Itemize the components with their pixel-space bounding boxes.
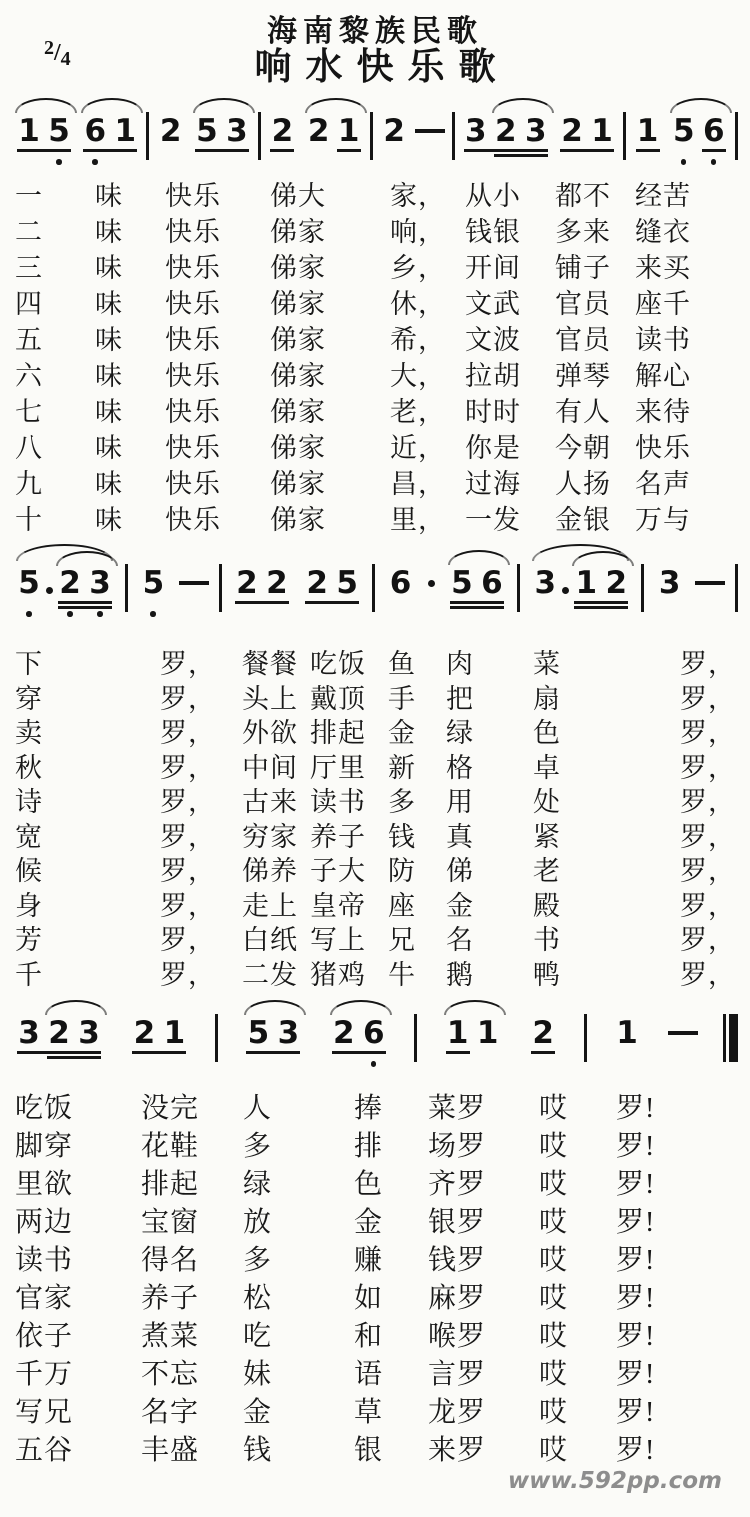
lyric-cell: 鱼 <box>388 642 446 681</box>
lyric-cell: 官员 <box>555 282 635 321</box>
lyric-cell: 穷家 <box>242 815 310 854</box>
beam <box>83 149 137 152</box>
lyric-cell: 鸭 <box>533 953 680 992</box>
lyric-cell: 罗， <box>680 884 750 923</box>
lyric-cell: 外欲 <box>242 711 310 750</box>
beam <box>47 1056 101 1059</box>
lyric-cell: 哎 <box>539 1276 616 1316</box>
lyric-cell: 钱银 <box>465 210 555 249</box>
lyric-cell: 金 <box>446 884 533 923</box>
final-barline-thin <box>723 1014 726 1062</box>
lyric-cell: 老 <box>533 849 680 888</box>
lyric-cell: 快乐 <box>165 282 270 321</box>
lyric-cell: 候 <box>15 849 160 888</box>
beam <box>531 1051 555 1054</box>
note-group: 2 <box>156 94 186 174</box>
lyric-cell: 钱罗 <box>428 1238 539 1278</box>
note-slot: 5 <box>138 566 168 600</box>
lyric-row: 候罗，俤养子大防俤老罗， <box>15 849 750 884</box>
lyric-cell: 味 <box>95 174 165 213</box>
note-digit: 2 <box>495 114 517 148</box>
lyric-cell: 快乐 <box>165 210 270 249</box>
slur <box>81 98 143 113</box>
lyric-row: 读书得名多赚钱罗哎罗! <box>15 1238 750 1276</box>
note-group: 56 <box>447 546 507 626</box>
lyric-cell: 人 <box>243 1086 354 1126</box>
note-slot: 1 <box>14 114 44 148</box>
lyric-cell: 吃饭 <box>15 1086 141 1126</box>
note-digit: 2 <box>561 114 583 148</box>
lyric-cell: 防 <box>388 849 446 888</box>
lyric-cell: 喉罗 <box>428 1314 539 1354</box>
note-digit: 2 <box>236 566 258 600</box>
lyric-cell: 哎 <box>539 1238 616 1278</box>
lyric-cell: 官员 <box>555 318 635 357</box>
note-slot: 1 <box>587 114 617 148</box>
note-digit: 5 <box>143 566 165 600</box>
lyric-cell: 罗! <box>616 1276 750 1316</box>
note-digit: 3 <box>18 1016 40 1050</box>
note-digit: 1 <box>338 114 360 148</box>
lyric-cell: 读书 <box>635 318 750 357</box>
lyric-cell: 一 <box>15 174 95 213</box>
lyric-row: 穿罗，头上戴顶手把扇罗， <box>15 677 750 712</box>
note-group: 53 <box>192 94 252 174</box>
note-slot: 5 <box>243 1016 273 1050</box>
lyric-cell: 过海 <box>465 462 555 501</box>
note-digit: 1 <box>164 1016 186 1050</box>
lyric-cell: 哎 <box>539 1086 616 1126</box>
lyric-cell: 官家 <box>15 1276 141 1316</box>
lyric-cell: 二发 <box>242 953 310 992</box>
lyric-cell: 今朝 <box>555 426 635 465</box>
phrase-slur <box>532 544 629 561</box>
lyric-cell: 罗， <box>680 918 750 957</box>
lyric-cell: 罗， <box>680 677 750 716</box>
lyric-cell: 白纸 <box>242 918 310 957</box>
lyric-cell: 牛 <box>388 953 446 992</box>
lyric-cell: 排起 <box>310 711 388 750</box>
lyric-cell: 味 <box>95 426 165 465</box>
lyric-cell: 银 <box>354 1428 428 1468</box>
beam <box>305 601 359 604</box>
lyric-cell: 罗! <box>616 1428 750 1468</box>
time-signature: 2/4 <box>44 40 71 67</box>
lyric-cell: 银罗 <box>428 1200 539 1240</box>
note-slot: 1 <box>334 114 364 148</box>
note-slot: 2 <box>329 1016 359 1050</box>
note-slot: 2 <box>528 1016 558 1050</box>
slur <box>15 98 77 113</box>
lyric-cell: 哎 <box>539 1390 616 1430</box>
lyric-cell: 龙罗 <box>428 1390 539 1430</box>
note-digit: 5 <box>673 114 695 148</box>
lyric-cell: 扇 <box>533 677 680 716</box>
slur <box>492 98 554 113</box>
music-line-1: 1561253221232321156 <box>0 94 750 180</box>
note-digit: 6 <box>481 566 503 600</box>
lyric-cell: 哎 <box>539 1200 616 1240</box>
note-slot: 5 <box>669 114 699 148</box>
lyric-cell: 哎 <box>539 1428 616 1468</box>
lyric-cell: 俤养 <box>242 849 310 888</box>
lyric-cell: 穿 <box>15 677 160 716</box>
barline <box>372 564 375 612</box>
lyric-cell: 多来 <box>555 210 635 249</box>
duration-dash <box>668 1031 698 1035</box>
octave-low-dot <box>371 1061 377 1067</box>
octave-low-dot <box>67 611 73 617</box>
lyric-cell: 味 <box>95 282 165 321</box>
slur <box>193 98 255 113</box>
slur <box>244 1000 306 1015</box>
lyric-row: 三味快乐俤家乡，开间铺子来买 <box>15 246 750 282</box>
lyric-cell: 罗， <box>160 815 242 854</box>
note-digit: 3 <box>226 114 248 148</box>
lyric-cell: 钱 <box>243 1428 354 1468</box>
note-digit: 3 <box>659 566 681 600</box>
lyric-cell: 菜 <box>533 642 680 681</box>
lyric-cell: 罗， <box>680 642 750 681</box>
lyric-cell: 俤家 <box>270 246 390 285</box>
note-slot: 3 <box>85 566 115 600</box>
lyric-cell: 味 <box>95 318 165 357</box>
lyric-cell: 场罗 <box>428 1124 539 1164</box>
lyric-cell: 九 <box>15 462 95 501</box>
beam <box>195 149 249 152</box>
lyric-cell: 书 <box>533 918 680 957</box>
lyric-cell: 言罗 <box>428 1352 539 1392</box>
beam <box>58 606 112 609</box>
note-group: 22 <box>232 546 292 626</box>
lyric-cell: 罗， <box>160 780 242 819</box>
phrase-slur <box>16 544 113 561</box>
lyric-cell: 味 <box>95 462 165 501</box>
lyric-row: 官家养子松如麻罗哎罗! <box>15 1276 750 1314</box>
note-digit: 5 <box>18 566 40 600</box>
note-digit: 5 <box>48 114 70 148</box>
lyric-cell: 千万 <box>15 1352 141 1392</box>
slur <box>330 1000 392 1015</box>
lyric-cell: 兄 <box>388 918 446 957</box>
lyric-cell: 真 <box>446 815 533 854</box>
lyric-row: 卖罗，外欲排起金绿色罗， <box>15 711 750 746</box>
beam <box>636 149 660 152</box>
note-digit: 1 <box>616 1016 638 1050</box>
lyric-cell: 皇帝 <box>310 884 388 923</box>
lyric-cell: 罗， <box>680 815 750 854</box>
lyric-cell: 文武 <box>465 282 555 321</box>
note-digit: 5 <box>248 1016 270 1050</box>
lyric-cell: 罗! <box>616 1314 750 1354</box>
lyric-cell: 快乐 <box>165 426 270 465</box>
lyric-cell: 来买 <box>635 246 750 285</box>
beam <box>494 154 548 157</box>
lyric-cell: 和 <box>354 1314 428 1354</box>
lyric-cell: 菜罗 <box>428 1086 539 1126</box>
note-slot: 1 <box>473 1016 503 1050</box>
octave-low-dot <box>26 611 32 617</box>
note-slot: 3 <box>74 1016 104 1050</box>
lyric-cell: 草 <box>354 1390 428 1430</box>
lyric-cell: 罗! <box>616 1124 750 1164</box>
note-slot: 2 <box>267 114 297 148</box>
note-slot: 3 <box>521 114 551 148</box>
note-slot: 1 <box>159 1016 189 1050</box>
lyric-cell: 绿 <box>243 1162 354 1202</box>
lyric-cell: 哎 <box>539 1314 616 1354</box>
note-group: 61 <box>80 94 140 174</box>
barline <box>219 564 222 612</box>
beam <box>450 606 504 609</box>
lyric-cell: 诗 <box>15 780 160 819</box>
beam <box>246 1051 300 1054</box>
lyric-cell: 乡， <box>390 246 465 285</box>
lyric-cell: 你是 <box>465 426 555 465</box>
note-digit: 6 <box>390 566 412 600</box>
lyric-cell: 快乐 <box>165 318 270 357</box>
lyric-cell: 俤家 <box>270 462 390 501</box>
note-slot: 2 <box>302 566 332 600</box>
barline <box>641 564 644 612</box>
note-digit: 5 <box>196 114 218 148</box>
lyric-cell: 十 <box>15 498 95 537</box>
note-group: 56 <box>669 94 729 174</box>
slurred-phrase: 523 <box>14 546 115 626</box>
lyric-cell: 俤家 <box>270 390 390 429</box>
lyric-cell: 煮菜 <box>141 1314 243 1354</box>
beam <box>132 1051 186 1054</box>
lyric-cell: 昌， <box>390 462 465 501</box>
note-slot: 1 <box>110 114 140 148</box>
note-digit: 1 <box>575 566 597 600</box>
note-slot: 1 <box>633 114 663 148</box>
barline <box>735 564 738 612</box>
lyric-cell: 把 <box>446 677 533 716</box>
lyric-row: 七味快乐俤家老，时时有人来待 <box>15 390 750 426</box>
beam <box>270 149 294 152</box>
note-slot: 3 <box>273 1016 303 1050</box>
barline <box>125 564 128 612</box>
lyric-cell: 吃饭 <box>310 642 388 681</box>
note-group: 11 <box>443 996 503 1076</box>
lyric-cell: 养子 <box>141 1276 243 1316</box>
note-digit: 2 <box>266 566 288 600</box>
note-slot: 3 <box>655 566 685 600</box>
lyric-cell: 罗! <box>616 1200 750 1240</box>
final-barline-thick <box>729 1014 738 1062</box>
lyric-cell: 万与 <box>635 498 750 537</box>
octave-low-dot <box>97 611 103 617</box>
lyric-row: 九味快乐俤家昌，过海人扬名声 <box>15 462 750 498</box>
note-slot: 2 <box>304 114 334 148</box>
note-slot: 6 <box>359 1016 389 1050</box>
lyric-cell: 来罗 <box>428 1428 539 1468</box>
lyric-cell: 从小 <box>465 174 555 213</box>
lyric-cell: 读书 <box>15 1238 141 1278</box>
note-slot: 2 <box>601 566 631 600</box>
beam <box>17 1051 101 1054</box>
lyric-cell: 写兄 <box>15 1390 141 1430</box>
lyric-cell: 快乐 <box>635 426 750 465</box>
lyric-cell: 厅里 <box>310 746 388 785</box>
lyric-row: 千万不忘妹语言罗哎罗! <box>15 1352 750 1390</box>
note-slot: 3 <box>14 1016 44 1050</box>
lyric-row: 十味快乐俤家里，一发金银万与 <box>15 498 750 534</box>
note-digit: 3 <box>78 1016 100 1050</box>
lyric-cell: 里， <box>390 498 465 537</box>
beam <box>574 606 628 609</box>
lyric-cell: 有人 <box>555 390 635 429</box>
note-digit: 5 <box>336 566 358 600</box>
duration-dash <box>695 581 725 585</box>
note-digit: 2 <box>306 566 328 600</box>
note-slot: 1 <box>443 1016 473 1050</box>
lyric-cell: 芳 <box>15 918 160 957</box>
lyric-cell: 宝窗 <box>141 1200 243 1240</box>
verse-3: 吃饭没完人捧菜罗哎罗!脚穿花鞋多排场罗哎罗!里欲排起绿色齐罗哎罗!两边宝窗放金银… <box>0 1086 750 1466</box>
lyric-cell: 不忘 <box>141 1352 243 1392</box>
lyric-cell: 七 <box>15 390 95 429</box>
barline <box>146 112 149 160</box>
note-digit: 1 <box>637 114 659 148</box>
lyric-cell: 俤家 <box>270 318 390 357</box>
octave-low-dot <box>681 159 687 165</box>
duration-dot <box>562 587 569 594</box>
lyric-row: 里欲排起绿色齐罗哎罗! <box>15 1162 750 1200</box>
lyric-cell: 经苦 <box>635 174 750 213</box>
lyric-cell: 两边 <box>15 1200 141 1240</box>
lyric-cell: 人扬 <box>555 462 635 501</box>
lyric-cell: 罗， <box>160 642 242 681</box>
barline <box>370 112 373 160</box>
octave-low-dot <box>150 611 156 617</box>
lyric-cell: 文波 <box>465 318 555 357</box>
lyric-cell: 罗， <box>160 677 242 716</box>
lyric-cell: 金 <box>354 1200 428 1240</box>
barline <box>517 564 520 612</box>
lyric-cell: 鹅 <box>446 953 533 992</box>
note-digit: 3 <box>534 566 556 600</box>
octave-low-dot <box>56 159 62 165</box>
lyric-cell: 缝衣 <box>635 210 750 249</box>
lyric-row: 秋罗，中间厅里新格卓罗， <box>15 746 750 781</box>
note-group: 15 <box>14 94 74 174</box>
lyric-cell: 弹琴 <box>555 354 635 393</box>
lyric-cell: 休， <box>390 282 465 321</box>
slur <box>444 1000 506 1015</box>
note-group: 21 <box>557 94 617 174</box>
lyric-cell: 罗! <box>616 1162 750 1202</box>
lyric-cell: 俤家 <box>270 426 390 465</box>
octave-low-dot <box>711 159 717 165</box>
note-slot: 2 <box>129 1016 159 1050</box>
lyric-cell: 味 <box>95 390 165 429</box>
music-line-3: 3232153261121 <box>0 996 750 1082</box>
note-group: 3 <box>530 554 560 626</box>
lyric-cell: 开间 <box>465 246 555 285</box>
note-group: 2 <box>267 94 297 174</box>
note-group: 6 <box>386 546 416 626</box>
lyric-cell: 丰盛 <box>141 1428 243 1468</box>
lyric-cell: 俤家 <box>270 210 390 249</box>
lyric-cell: 座千 <box>635 282 750 321</box>
lyric-cell: 罗， <box>680 953 750 992</box>
note-digit: 3 <box>465 114 487 148</box>
lyric-cell: 罗， <box>160 849 242 888</box>
lyric-cell: 殿 <box>533 884 680 923</box>
music-line-2: 523522256563123 <box>0 546 750 632</box>
beam <box>702 149 726 152</box>
lyric-cell: 罗， <box>160 918 242 957</box>
lyric-cell: 三 <box>15 246 95 285</box>
barline <box>215 1014 218 1062</box>
beam <box>235 601 289 604</box>
note-digit: 6 <box>363 1016 385 1050</box>
lyric-cell: 紧 <box>533 815 680 854</box>
lyric-cell: 宽 <box>15 815 160 854</box>
beam <box>574 601 628 604</box>
note-slot: 1 <box>612 1016 642 1050</box>
lyric-cell: 来待 <box>635 390 750 429</box>
lyric-row: 两边宝窗放金银罗哎罗! <box>15 1200 750 1238</box>
note-slot: 6 <box>699 114 729 148</box>
note-digit: 1 <box>447 1016 469 1050</box>
lyric-cell: 卖 <box>15 711 160 750</box>
lyric-cell: 依子 <box>15 1314 141 1354</box>
sheet-music-page: 海南黎族民歌 响水快乐歌 2/4 1561253221232321156 一味快… <box>0 0 750 1517</box>
lyric-row: 五味快乐俤家希，文波官员读书 <box>15 318 750 354</box>
lyric-cell: 多 <box>243 1124 354 1164</box>
time-signature-numerator: 2 <box>44 37 54 59</box>
note-slot: 3 <box>461 114 491 148</box>
note-digit: 3 <box>278 1016 300 1050</box>
lyric-cell: 脚穿 <box>15 1124 141 1164</box>
lyric-row: 八味快乐俤家近，你是今朝快乐 <box>15 426 750 462</box>
lyric-cell: 罗， <box>160 711 242 750</box>
note-digit: 5 <box>451 566 473 600</box>
note-slot: 2 <box>491 114 521 148</box>
beam <box>464 149 548 152</box>
note-digit: 2 <box>134 1016 156 1050</box>
lyric-cell: 俤家 <box>270 282 390 321</box>
lyric-row: 脚穿花鞋多排场罗哎罗! <box>15 1124 750 1162</box>
note-digit: 1 <box>114 114 136 148</box>
note-slot: 1 <box>571 566 601 600</box>
note-slot: 5 <box>44 114 74 148</box>
note-slot: 6 <box>80 114 110 148</box>
lyric-cell: 读书 <box>310 780 388 819</box>
lyric-row: 四味快乐俤家休，文武官员座千 <box>15 282 750 318</box>
note-slot: 2 <box>379 114 409 148</box>
note-group: 2 <box>528 996 558 1076</box>
lyric-row: 芳罗，白纸写上兄名书罗， <box>15 918 750 953</box>
page-title: 响水快乐歌 <box>0 36 750 90</box>
lyric-row: 六味快乐俤家大，拉胡弹琴解心 <box>15 354 750 390</box>
note-group: 1 <box>612 996 642 1076</box>
lyric-cell: 花鞋 <box>141 1124 243 1164</box>
lyric-cell: 绿 <box>446 711 533 750</box>
lyric-cell: 卓 <box>533 746 680 785</box>
slurred-phrase: 312 <box>530 546 631 626</box>
note-digit: 3 <box>89 566 111 600</box>
lyric-cell: 罗， <box>160 746 242 785</box>
note-group: 5 <box>14 554 44 626</box>
watermark-text: www.592pp.com <box>508 1468 722 1494</box>
lyric-row: 五谷丰盛钱银来罗哎罗! <box>15 1428 750 1466</box>
lyric-cell: 解心 <box>635 354 750 393</box>
note-group: 53 <box>243 996 303 1076</box>
